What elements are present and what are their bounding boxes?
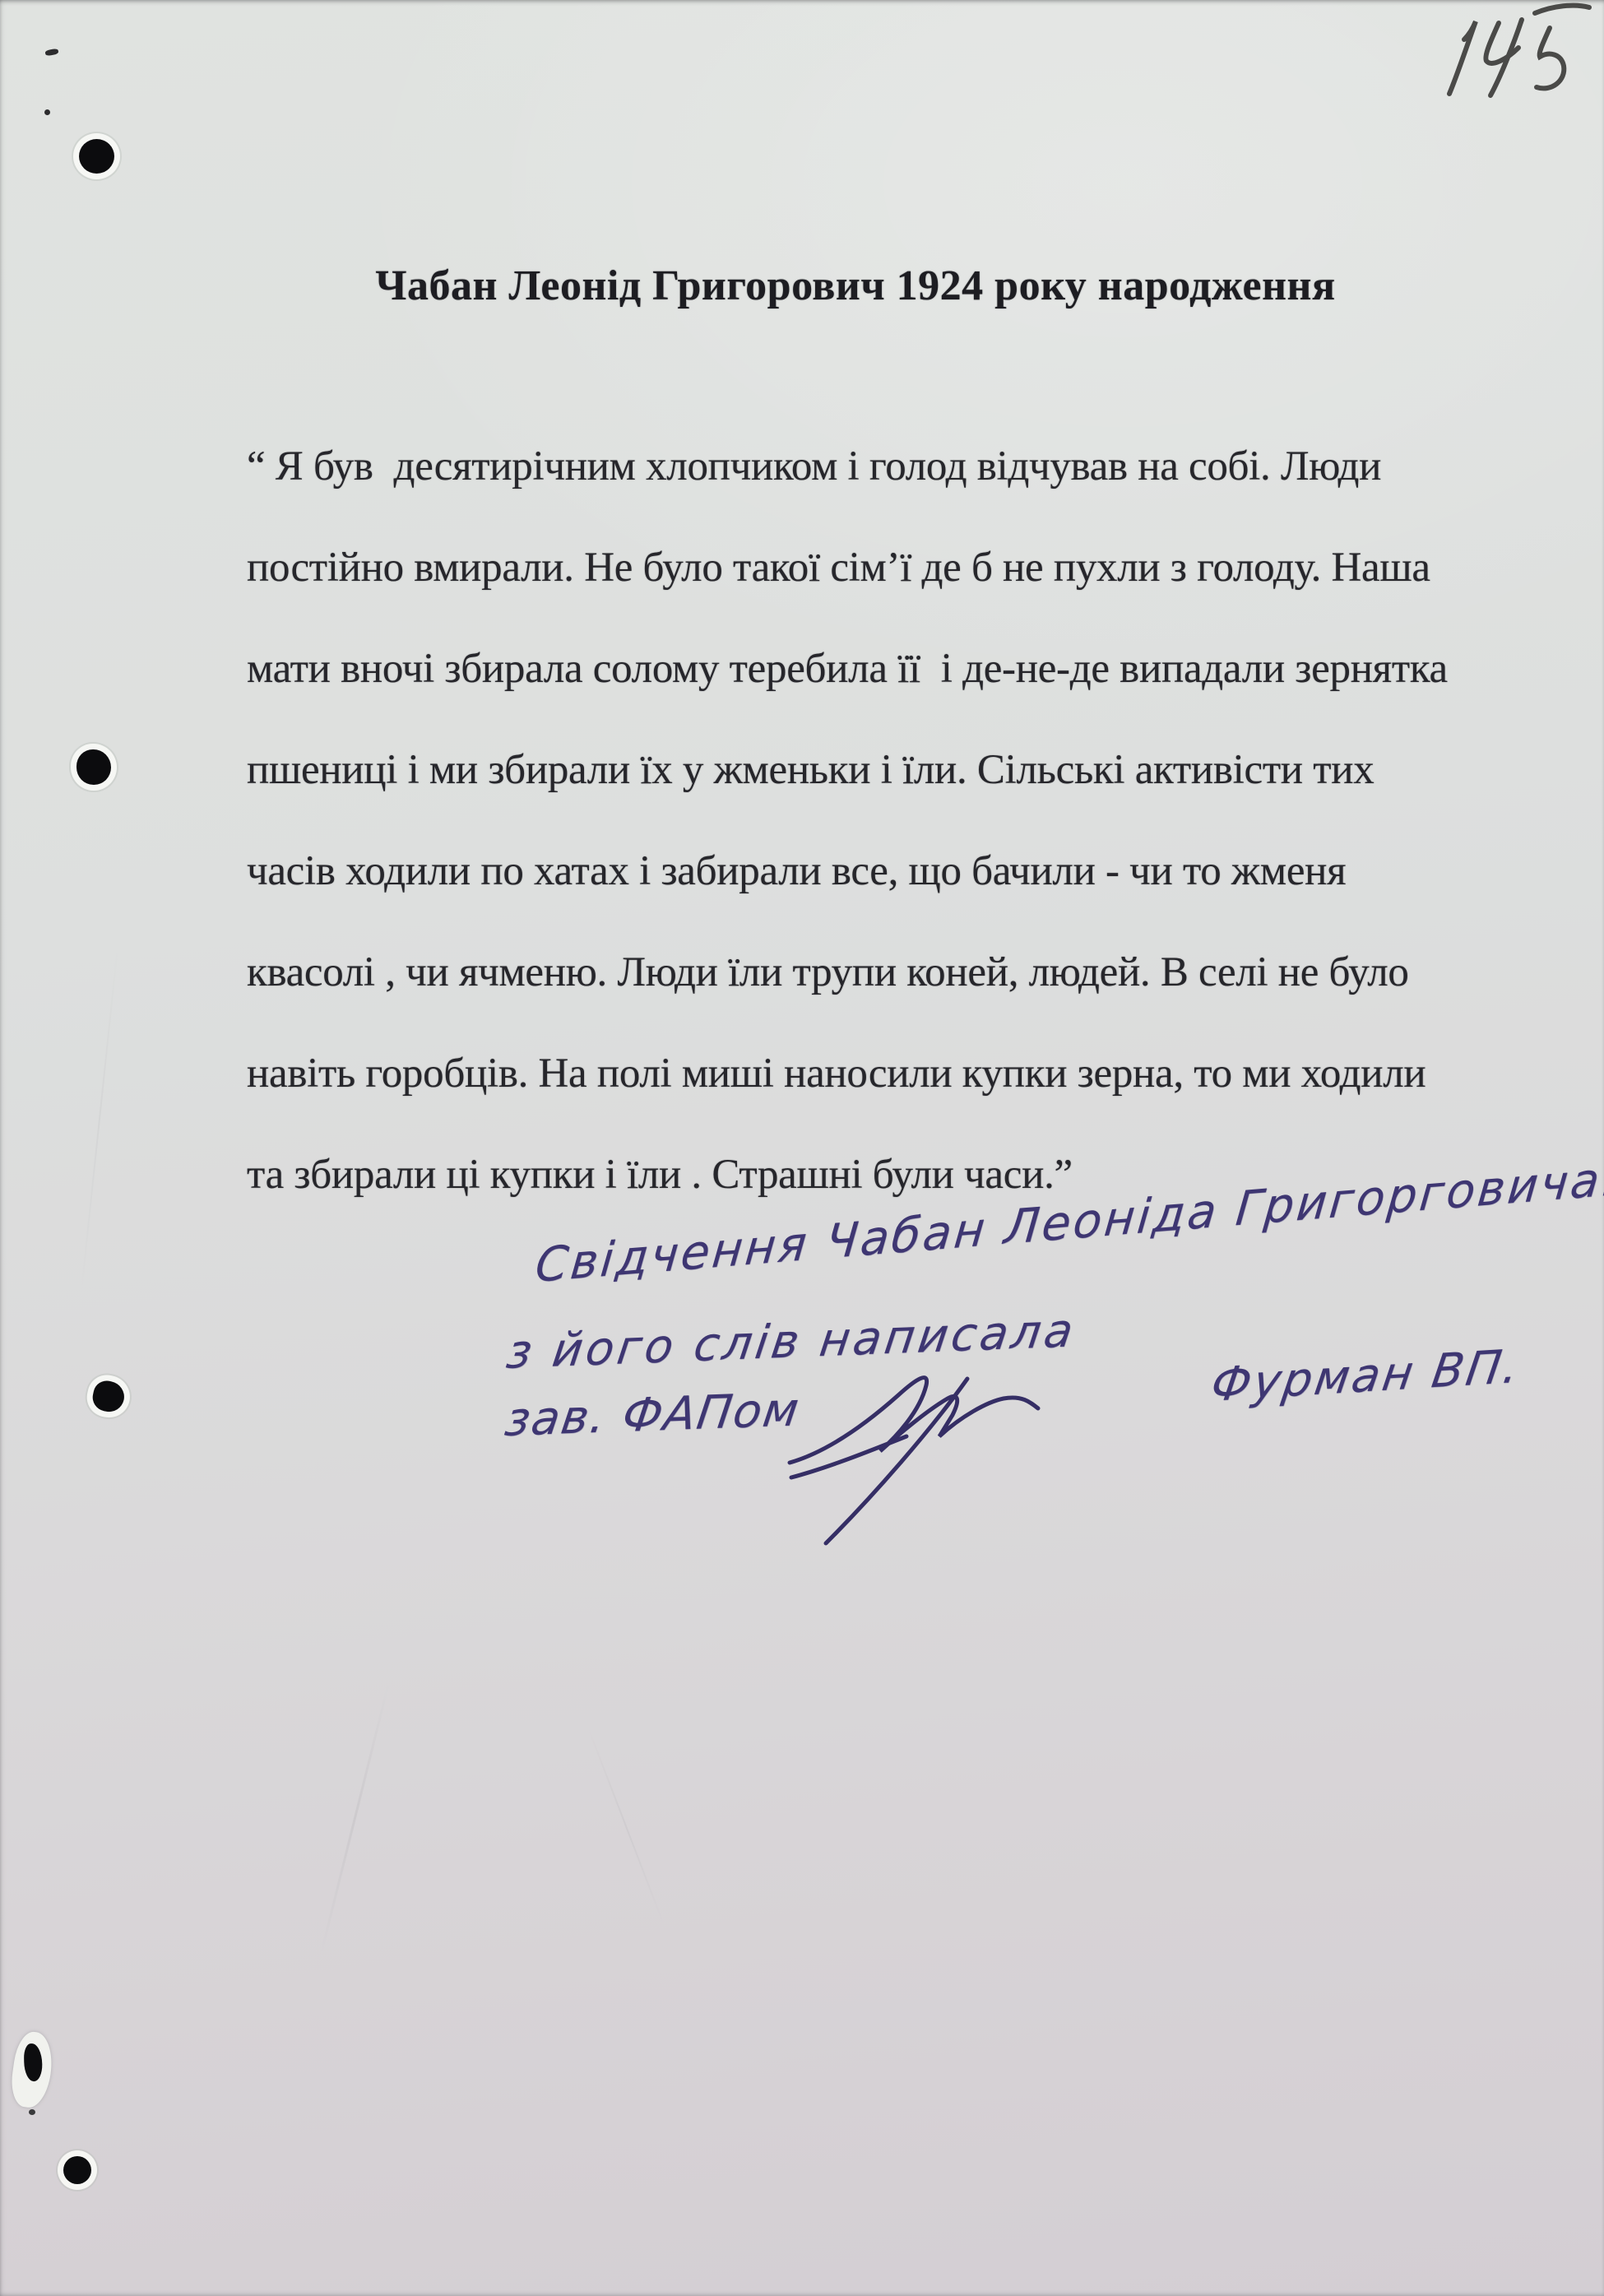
page-number-strokes: [1398, 2, 1596, 117]
testimony-line: “ Я був десятирічним хлопчиком і голод в…: [247, 443, 1538, 544]
paper-crease: [81, 947, 118, 1291]
hole-punch: [63, 2156, 91, 2184]
hole-punch: [90, 1378, 127, 1414]
ink-speck: [45, 49, 59, 57]
handwritten-signer-name: Фурман ВП.: [1208, 1339, 1524, 1412]
document-title: Чабан Леонід Григорович 1924 року народж…: [115, 262, 1596, 310]
testimony-line: пшениці і ми збирали їх у жменьки і їли.…: [247, 746, 1538, 847]
handwritten-page-number: [1398, 2, 1596, 117]
paper-crease: [586, 1726, 665, 1926]
paper-crease: [320, 1682, 390, 1955]
testimony-line: постійно вмирали. Не було такої сім’ї де…: [247, 544, 1538, 645]
hole-punch: [76, 749, 111, 785]
testimony-line: навіть горобців. На полі миші наносили к…: [247, 1050, 1538, 1151]
ink-speck: [29, 2109, 35, 2115]
signature-flourish: [783, 1339, 1079, 1553]
ink-speck: [44, 109, 50, 115]
testimony-paragraph: “ Я був десятирічним хлопчиком і голод в…: [247, 443, 1538, 1252]
signature-strokes: [783, 1339, 1079, 1553]
handwritten-signer-role: зав. ФАПом: [502, 1383, 804, 1447]
testimony-line: мати вночі збирала солому теребила її і …: [247, 645, 1538, 746]
hole-punch: [79, 139, 114, 174]
testimony-line: часів ходили по хатах і забирали все, що…: [247, 847, 1538, 949]
scanned-document-page: Чабан Леонід Григорович 1924 року народж…: [0, 0, 1604, 2296]
paper-tear: [8, 2029, 56, 2110]
testimony-line: квасолі , чи ячменю. Люди їли трупи коне…: [247, 949, 1538, 1050]
paper-tear-mark: [24, 2043, 43, 2081]
